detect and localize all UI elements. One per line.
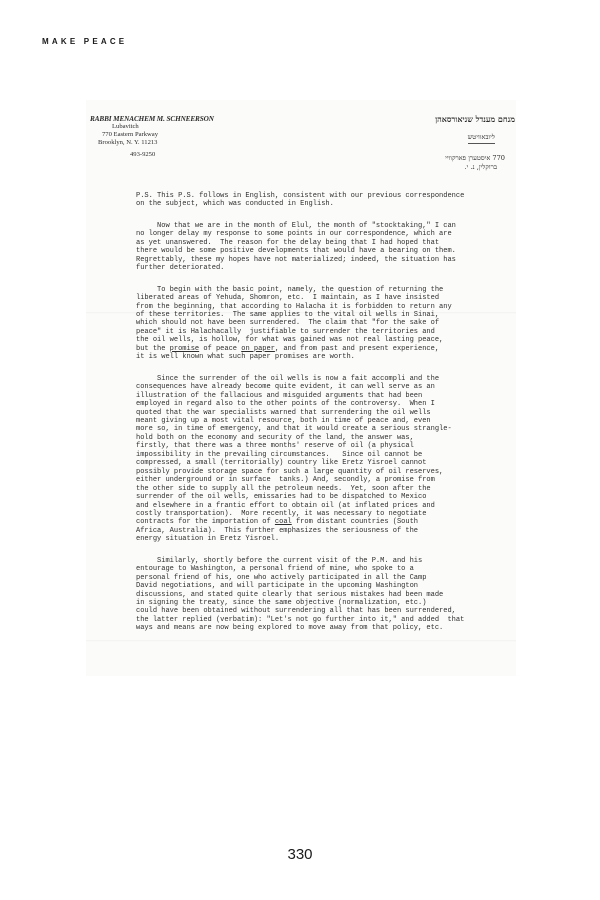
- text-line: more so, in time of emergency, and that …: [136, 425, 516, 433]
- paragraph-elul: Now that we are in the month of Elul, th…: [136, 222, 516, 273]
- letterhead-hebrew-address: 770 איסטערן פארקוויי: [380, 154, 505, 163]
- text-line: of these territories. The same applies t…: [136, 311, 516, 319]
- text-line: meant giving up a most vital resource, b…: [136, 417, 516, 425]
- paragraph-territories: To begin with the basic point, namely, t…: [136, 286, 516, 362]
- text-line: quoted that the war specialists warned t…: [136, 409, 516, 417]
- underlined-text: on paper: [241, 345, 275, 353]
- paragraph-ps: P.S. This P.S. follows in English, consi…: [136, 192, 516, 209]
- text-line: illustration of the fallacious and misgu…: [136, 392, 516, 400]
- paragraph-washington: Similarly, shortly before the current vi…: [136, 557, 516, 633]
- text-line: further deteriorated.: [136, 264, 516, 272]
- text-line: peace" it is Halachacally justifiable to…: [136, 328, 516, 336]
- text-line: could have been obtained without surrend…: [136, 607, 516, 615]
- text-line: Africa, Australia). This further emphasi…: [136, 527, 516, 535]
- letterhead-hebrew-name: מנחם מענדל שניאורסאהן: [380, 114, 515, 124]
- text-line: entourage to Washington, a personal frie…: [136, 565, 516, 573]
- text-fragment: contracts for the importation of: [136, 518, 275, 526]
- text-line: contracts for the importation of coal fr…: [136, 518, 516, 526]
- letterhead-hebrew-subtitle: ליובאוויטש: [468, 133, 495, 144]
- text-line: David negotiations, and will participate…: [136, 582, 516, 590]
- text-line: discussions, and stated quite clearly th…: [136, 591, 516, 599]
- text-line: personal friend of his, one who actively…: [136, 574, 516, 582]
- letterhead-address: 770 Eastern Parkway: [102, 131, 238, 139]
- letterhead-hebrew: מנחם מענדל שניאורסאהן ליובאוויטש 770 איס…: [380, 114, 515, 171]
- text-line: employed in regard also to the other poi…: [136, 400, 516, 408]
- text-line: consequences have already become quite e…: [136, 383, 516, 391]
- section-title: MAKE PEACE: [42, 37, 127, 46]
- text-line: P.S. This P.S. follows in English, consi…: [136, 192, 516, 200]
- underlined-text: promise: [170, 345, 199, 353]
- text-line: on the subject, which was conducted in E…: [136, 200, 516, 208]
- paragraph-oil-wells: Since the surrender of the oil wells is …: [136, 375, 516, 544]
- text-line: Since the surrender of the oil wells is …: [136, 375, 516, 383]
- text-line: the latter replied (verbatim): "Let's no…: [136, 616, 516, 624]
- text-line: in signing the treaty, since the same ob…: [136, 599, 516, 607]
- text-line: To begin with the basic point, namely, t…: [136, 286, 516, 294]
- text-line: and elsewhere in a frantic effort to obt…: [136, 502, 516, 510]
- letter-body: P.S. This P.S. follows in English, consi…: [136, 192, 516, 641]
- text-line: either underground or in surface tanks.)…: [136, 476, 516, 484]
- text-line: costly transportation). More recently, i…: [136, 510, 516, 518]
- text-fragment: of peace: [199, 345, 241, 353]
- text-line: there would be some positive development…: [136, 247, 516, 255]
- text-line: which should not have been surrendered. …: [136, 319, 516, 327]
- text-line: energy situation in Eretz Yisroel.: [136, 535, 516, 543]
- text-line: no longer delay my response to some poin…: [136, 230, 516, 238]
- page-number: 330: [0, 846, 600, 863]
- text-line: compressed, a small (territorially) coun…: [136, 459, 516, 467]
- letterhead-phone: 493-9250: [130, 151, 238, 158]
- text-line: Regrettably, these my hopes have not mat…: [136, 256, 516, 264]
- text-line: possibly provide storage space for such …: [136, 468, 516, 476]
- text-line: hold both on the economy and security of…: [136, 434, 516, 442]
- text-line: surrender of the oil wells, emissaries h…: [136, 493, 516, 501]
- text-fragment: , and from past and present experience,: [275, 345, 439, 353]
- text-line: from the beginning, that according to Ha…: [136, 303, 516, 311]
- letterhead-hebrew-city: ברוקלין, נ. י.: [380, 163, 497, 171]
- text-line: Now that we are in the month of Elul, th…: [136, 222, 516, 230]
- letterhead-english: RABBI MENACHEM M. SCHNEERSON Lubavitch 7…: [88, 115, 238, 158]
- text-line: firstly, that there was a three months' …: [136, 442, 516, 450]
- text-line: the other side to supply all the petrole…: [136, 485, 516, 493]
- letterhead-name: RABBI MENACHEM M. SCHNEERSON: [90, 115, 238, 123]
- letterhead-city: Brooklyn, N. Y. 11213: [98, 139, 238, 147]
- text-line: liberated areas of Yehuda, Shomron, etc.…: [136, 294, 516, 302]
- letterhead-subtitle: Lubavitch: [112, 123, 238, 131]
- text-line: Similarly, shortly before the current vi…: [136, 557, 516, 565]
- text-line: the oil wells, is hollow, for what was g…: [136, 336, 516, 344]
- text-line: but the promise of peace on paper, and f…: [136, 345, 516, 353]
- text-line: impossibility in the prevailing circumst…: [136, 451, 516, 459]
- text-fragment: from distant countries (South: [292, 518, 418, 526]
- text-line: it is well known what such paper promise…: [136, 353, 516, 361]
- underlined-text: coal: [275, 518, 292, 526]
- text-fragment: but the: [136, 345, 170, 353]
- text-line: as yet unanswered. The reason for the de…: [136, 239, 516, 247]
- text-line: ways and means are now being explored to…: [136, 624, 516, 632]
